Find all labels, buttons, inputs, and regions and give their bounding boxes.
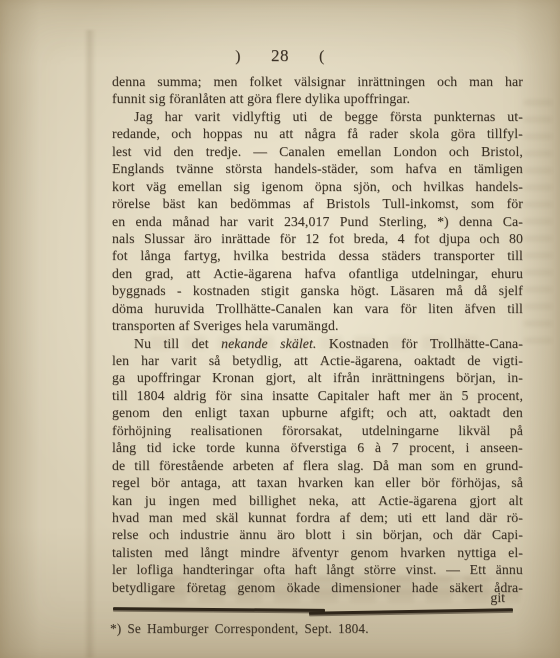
text-line: lenharvaritsåbetydlig,attActie-ägarena,o… xyxy=(112,352,523,369)
page-header: ) 28 ( xyxy=(0,46,560,66)
header-left-paren: ) xyxy=(235,48,241,66)
paragraph: Nutilldetnekandeskälet.KostnadenförTroll… xyxy=(112,335,523,597)
text-line: kanjuingenmedbillighetneka,attActie-ägar… xyxy=(112,492,523,509)
book-page: ) 28 ( dennasumma;menfolketvälsignarinrä… xyxy=(0,0,560,658)
text-line: genomdenenligttaxanupburneafgift;ochatt,… xyxy=(112,404,523,421)
text-line: dömahuruvidaTrollhätte-Canalenkanvaraför… xyxy=(112,300,523,317)
text-line: förhöjningrealisationenförorsakat,utdeln… xyxy=(112,422,523,439)
text-line: till1804aldrigförsinainsatteCapitalerhaf… xyxy=(112,387,523,404)
text-line: fotlångafartyg,hvilkabestridadessastäder… xyxy=(112,247,523,264)
text-line: redande,ochhoppasnuattnågrafåraderskolag… xyxy=(112,125,523,142)
text-line: byggnads-kostnadenstigitganskahögt.Läsar… xyxy=(112,282,523,299)
text-line: långtidicketordekunnaöfverstiga6à7procen… xyxy=(112,439,523,456)
text-line: relseochindustrieännuäroblottisinbörjan,… xyxy=(112,526,523,543)
text-line: dennasumma;menfolketvälsignarinrättninge… xyxy=(112,73,523,90)
text-line: kortvägemellansigigenomöpnasjön,ochhvilk… xyxy=(112,178,523,195)
text-line: Nutilldetnekandeskälet.KostnadenförTroll… xyxy=(112,335,523,352)
text-line: lestviddentredje.—CanalenemellanLondonoc… xyxy=(112,143,523,160)
footnote: *) Se Hamburger Correspondent, Sept. 180… xyxy=(110,621,530,637)
paragraph: dennasumma;menfolketvälsignarinrättninge… xyxy=(112,73,523,108)
text-line: dengrad,attActie-ägarenahafvaofantligaut… xyxy=(112,265,523,282)
text-line: Englandstvännestörstahandels-städer,somh… xyxy=(112,160,523,177)
text-line: nalsSlussaräroinrättadeför12fotbreda,4fo… xyxy=(112,230,523,247)
text-line: lerlofligahandteringaroftahaftlångtstörr… xyxy=(112,561,523,578)
text-line: funnit sig föranlåten att göra flere dyl… xyxy=(112,90,523,107)
text-line: regelbörantaga,atttaxanhvarkenkanellerbö… xyxy=(112,474,523,491)
text-line: rörelsebästkanbedömmasafBristolsTull-ink… xyxy=(112,195,523,212)
text-line: hvadmanmedskälkunnatfordraafdem;utiettla… xyxy=(112,509,523,526)
page-number: 28 xyxy=(271,46,289,66)
footnote-separator-stroke xyxy=(113,607,325,611)
footnote-separator-stroke xyxy=(309,608,513,614)
page-gutter-crease xyxy=(84,30,96,658)
text-line: Jagharvaritvidlyftigutidebeggeförstapunk… xyxy=(112,108,523,125)
text-line: enendamånadharvarit234,017PundSterling,*… xyxy=(112,213,523,230)
show-through-smudge xyxy=(524,100,552,350)
text-line: transporten af Sveriges hela varumängd. xyxy=(112,317,523,334)
header-right-paren: ( xyxy=(319,48,325,66)
page-body-text: dennasumma;menfolketvälsignarinrättninge… xyxy=(112,73,523,596)
paragraph: Jagharvaritvidlyftigutidebeggeförstapunk… xyxy=(112,108,523,335)
footnote-separator xyxy=(113,604,513,618)
text-line: detillföreståendearbetenaffleraslag.Dåma… xyxy=(112,457,523,474)
text-line: gaupoffringarKronangjort,altifråninrättn… xyxy=(112,369,523,386)
text-line: talistenmedlångtmindreäfventyrgenomhvark… xyxy=(112,544,523,561)
